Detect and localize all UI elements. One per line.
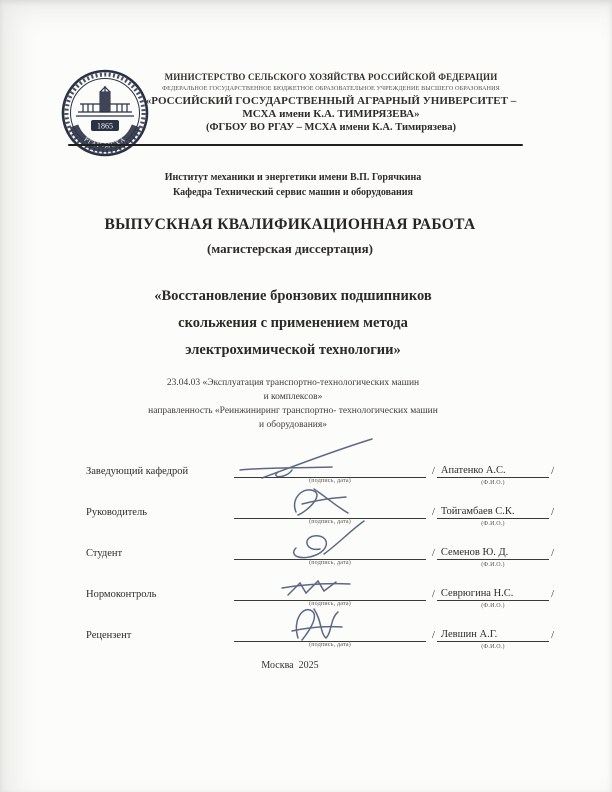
signature-row-norm-control: Нормоконтроль (подпись, дата) / Севрюгин…: [86, 575, 556, 601]
person-name: Апатенко А.С.: [437, 465, 549, 478]
slash: /: [430, 466, 437, 478]
program-code-line2: и комплексов»: [0, 390, 586, 404]
name-field[interactable]: / Левшин А.Г. / (Ф.И.О.): [430, 629, 556, 642]
work-type-block: ВЫПУСКНАЯ КВАЛИФИКАЦИОННАЯ РАБОТА (магис…: [0, 216, 580, 257]
signature-row-reviewer: Рецензент (подпись, дата) / Левшин А.Г. …: [86, 616, 556, 642]
header-divider: [68, 144, 523, 146]
university-name-line3: (ФГБОУ ВО РГАУ – МСХА имени К.А. Тимиряз…: [105, 122, 557, 133]
university-name-line1: «РОССИЙСКИЙ ГОСУДАРСТВЕННЫЙ АГРАРНЫЙ УНИ…: [105, 95, 557, 107]
work-type-title: ВЫПУСКНАЯ КВАЛИФИКАЦИОННАЯ РАБОТА: [0, 216, 580, 234]
signature-caption: (подпись, дата): [234, 642, 426, 648]
name-caption: (Ф.И.О.): [430, 521, 556, 527]
signature-line: [234, 504, 426, 519]
name-field[interactable]: / Тойгамбаев С.К. / (Ф.И.О.): [430, 506, 556, 519]
thesis-title-line1: «Восстановление бронзових подшипников: [0, 283, 586, 310]
role-label: Нормоконтроль: [86, 589, 234, 601]
name-field[interactable]: / Апатенко А.С. / (Ф.И.О.): [430, 465, 556, 478]
signature-caption: (подпись, дата): [234, 601, 426, 607]
signature-line: [234, 463, 426, 478]
thesis-title-line2: скольжения с применением метода: [0, 310, 586, 337]
thesis-title-line3: электрохимической технологии»: [0, 337, 586, 364]
letterhead: МИНИСТЕРСТВО СЕЛЬСКОГО ХОЗЯЙСТВА РОССИЙС…: [105, 72, 557, 133]
signature-section: Заведующий кафедрой (подпись, дата) / Ап…: [86, 452, 556, 657]
role-label: Рецензент: [86, 630, 234, 642]
university-name-line2: МСХА имени К.А. ТИМИРЯЗЕВА»: [105, 108, 557, 120]
signature-caption: (подпись, дата): [234, 478, 426, 484]
person-name: Семенов Ю. Д.: [437, 547, 549, 560]
signature-caption: (подпись, дата): [234, 519, 426, 525]
institution-type-line: ФЕДЕРАЛЬНОЕ ГОСУДАРСТВЕННОЕ БЮДЖЕТНОЕ ОБ…: [105, 85, 557, 92]
department-line: Кафедра Технический сервис машин и обору…: [8, 185, 578, 200]
program-profile-line: направленность «Реинжиниринг транспортно…: [0, 404, 586, 418]
role-label: Заведующий кафедрой: [86, 466, 234, 478]
slash: /: [549, 507, 556, 519]
signature-row-student: Студент (подпись, дата) / Семенов Ю. Д. …: [86, 534, 556, 560]
program-code-line: 23.04.03 «Эксплуатация транспортно-техно…: [0, 376, 586, 390]
role-label: Руководитель: [86, 507, 234, 519]
person-name: Севрюгина Н.С.: [437, 588, 549, 601]
name-caption: (Ф.И.О.): [430, 562, 556, 568]
person-name: Левшин А.Г.: [437, 629, 549, 642]
ministry-line: МИНИСТЕРСТВО СЕЛЬСКОГО ХОЗЯЙСТВА РОССИЙС…: [105, 72, 557, 82]
name-field[interactable]: / Семенов Ю. Д. / (Ф.И.О.): [430, 547, 556, 560]
slash: /: [549, 630, 556, 642]
name-caption: (Ф.И.О.): [430, 480, 556, 486]
signature-field[interactable]: (подпись, дата): [234, 586, 426, 601]
signature-line: [234, 627, 426, 642]
signature-field[interactable]: (подпись, дата): [234, 463, 426, 478]
institute-block: Институт механики и энергетики имени В.П…: [8, 170, 578, 200]
work-type-subtitle: (магистерская диссертация): [0, 241, 580, 257]
signature-field[interactable]: (подпись, дата): [234, 545, 426, 560]
signature-caption: (подпись, дата): [234, 560, 426, 566]
city-year: Москва 2025: [0, 660, 580, 671]
signature-row-supervisor: Руководитель (подпись, дата) / Тойгамбае…: [86, 493, 556, 519]
name-caption: (Ф.И.О.): [430, 644, 556, 650]
signature-row-head-of-department: Заведующий кафедрой (подпись, дата) / Ап…: [86, 452, 556, 478]
signature-field[interactable]: (подпись, дата): [234, 504, 426, 519]
slash: /: [430, 548, 437, 560]
slash: /: [549, 548, 556, 560]
signature-field[interactable]: (подпись, дата): [234, 627, 426, 642]
title-page: 1865 РГАУ-МСХА МИНИСТЕРСТВО СЕЛЬСКОГО ХО…: [0, 0, 612, 792]
slash: /: [430, 507, 437, 519]
role-label: Студент: [86, 548, 234, 560]
slash: /: [430, 630, 437, 642]
signature-line: [234, 586, 426, 601]
signature-line: [234, 545, 426, 560]
program-block: 23.04.03 «Эксплуатация транспортно-техно…: [0, 376, 586, 432]
slash: /: [549, 589, 556, 601]
institute-line: Институт механики и энергетики имени В.П…: [8, 170, 578, 185]
person-name: Тойгамбаев С.К.: [437, 506, 549, 519]
thesis-title: «Восстановление бронзових подшипников ск…: [0, 283, 586, 364]
name-caption: (Ф.И.О.): [430, 603, 556, 609]
slash: /: [430, 589, 437, 601]
name-field[interactable]: / Севрюгина Н.С. / (Ф.И.О.): [430, 588, 556, 601]
slash: /: [549, 466, 556, 478]
program-profile-line2: и оборудования»: [0, 418, 586, 432]
